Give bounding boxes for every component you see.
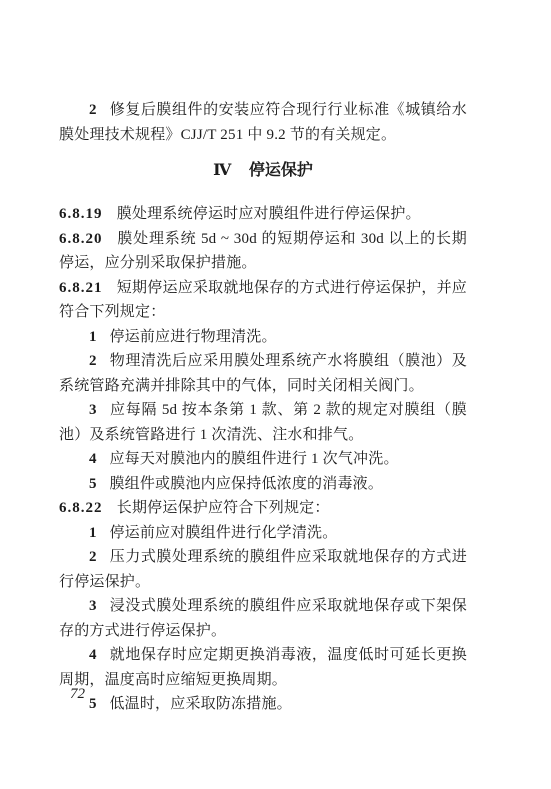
clause-text: 膜处理系统 5d ~ 30d 的短期停运和 30d 以上的长期停运，应分别采取保…: [59, 231, 467, 272]
item-text: 停运前应对膜组件进行化学清洗。: [109, 525, 337, 541]
item-number: 5: [89, 696, 97, 712]
clause-6-8-22-item-3: 3浸没式膜处理系统的膜组件应采取就地保存或下架保存的方式进行停运保护。: [59, 594, 467, 643]
clause-number: 6.8.20: [59, 231, 103, 247]
item-number: 2: [89, 353, 97, 369]
item-number: 1: [89, 525, 97, 541]
page-number: 72: [70, 686, 85, 703]
clause-6-8-21-item-1: 1停运前应进行物理清洗。: [59, 325, 467, 350]
item-text: 低温时，应采取防冻措施。: [109, 696, 291, 712]
item-text: 物理清洗后应采用膜处理系统产水将膜组（膜池）及系统管路充满并排除其中的气体，同时…: [59, 353, 467, 394]
clause-6-8-19: 6.8.19膜处理系统停运时应对膜组件进行停运保护。: [59, 202, 467, 227]
item-number: 3: [89, 598, 97, 614]
item-number: 4: [89, 451, 97, 467]
clause-text: 长期停运保护应符合下列规定：: [117, 500, 330, 516]
clause-6-8-21-item-2: 2物理清洗后应采用膜处理系统产水将膜组（膜池）及系统管路充满并排除其中的气体，同…: [59, 349, 467, 398]
clause-6-8-21-item-3: 3应每隔 5d 按本条第 1 款、第 2 款的规定对膜组（膜池）及系统管路进行 …: [59, 398, 467, 447]
item-text: 就地保存时应定期更换消毒液，温度低时可延长更换周期，温度高时应缩短更换周期。: [59, 647, 467, 688]
item-number: 2: [89, 102, 97, 118]
clause-number: 6.8.19: [59, 206, 103, 222]
clause-text: 膜处理系统停运时应对膜组件进行停运保护。: [117, 206, 421, 222]
clause-6-8-22-item-5: 5低温时，应采取防冻措施。: [59, 692, 467, 717]
clause-6-8-20: 6.8.20膜处理系统 5d ~ 30d 的短期停运和 30d 以上的长期停运，…: [59, 227, 467, 276]
item-text: 应每隔 5d 按本条第 1 款、第 2 款的规定对膜组（膜池）及系统管路进行 1…: [59, 402, 467, 443]
item-text: 修复后膜组件的安装应符合现行行业标准《城镇给水膜处理技术规程》CJJ/T 251…: [59, 102, 467, 143]
item-number: 2: [89, 549, 97, 565]
item-number: 3: [89, 402, 97, 418]
clause-text: 短期停运应采取就地保存的方式进行停运保护，并应符合下列规定：: [59, 280, 467, 321]
continued-list-item: 2修复后膜组件的安装应符合现行行业标准《城镇给水膜处理技术规程》CJJ/T 25…: [59, 98, 467, 147]
section-heading: Ⅳ停运保护: [59, 159, 467, 183]
item-number: 4: [89, 647, 97, 663]
clause-6-8-22-item-4: 4就地保存时应定期更换消毒液，温度低时可延长更换周期，温度高时应缩短更换周期。: [59, 643, 467, 692]
item-text: 压力式膜处理系统的膜组件应采取就地保存的方式进行停运保护。: [59, 549, 467, 590]
item-text: 浸没式膜处理系统的膜组件应采取就地保存或下架保存的方式进行停运保护。: [59, 598, 467, 639]
clause-6-8-22-item-2: 2压力式膜处理系统的膜组件应采取就地保存的方式进行停运保护。: [59, 545, 467, 594]
clause-6-8-21-item-5: 5膜组件或膜池内应保持低浓度的消毒液。: [59, 472, 467, 497]
section-title: 停运保护: [249, 162, 313, 179]
section-numeral: Ⅳ: [213, 162, 231, 179]
clause-6-8-21: 6.8.21短期停运应采取就地保存的方式进行停运保护，并应符合下列规定：: [59, 276, 467, 325]
clause-6-8-21-item-4: 4应每天对膜池内的膜组件进行 1 次气冲洗。: [59, 447, 467, 472]
item-text: 膜组件或膜池内应保持低浓度的消毒液。: [109, 476, 383, 492]
text-block: 2修复后膜组件的安装应符合现行行业标准《城镇给水膜处理技术规程》CJJ/T 25…: [59, 98, 467, 717]
clause-6-8-22: 6.8.22长期停运保护应符合下列规定：: [59, 496, 467, 521]
document-page: 2修复后膜组件的安装应符合现行行业标准《城镇给水膜处理技术规程》CJJ/T 25…: [0, 0, 551, 789]
item-text: 停运前应进行物理清洗。: [109, 329, 276, 345]
item-text: 应每天对膜池内的膜组件进行 1 次气冲洗。: [109, 451, 398, 467]
clause-number: 6.8.22: [59, 500, 103, 516]
clause-6-8-22-item-1: 1停运前应对膜组件进行化学清洗。: [59, 521, 467, 546]
item-number: 5: [89, 476, 97, 492]
item-number: 1: [89, 329, 97, 345]
clause-number: 6.8.21: [59, 280, 103, 296]
